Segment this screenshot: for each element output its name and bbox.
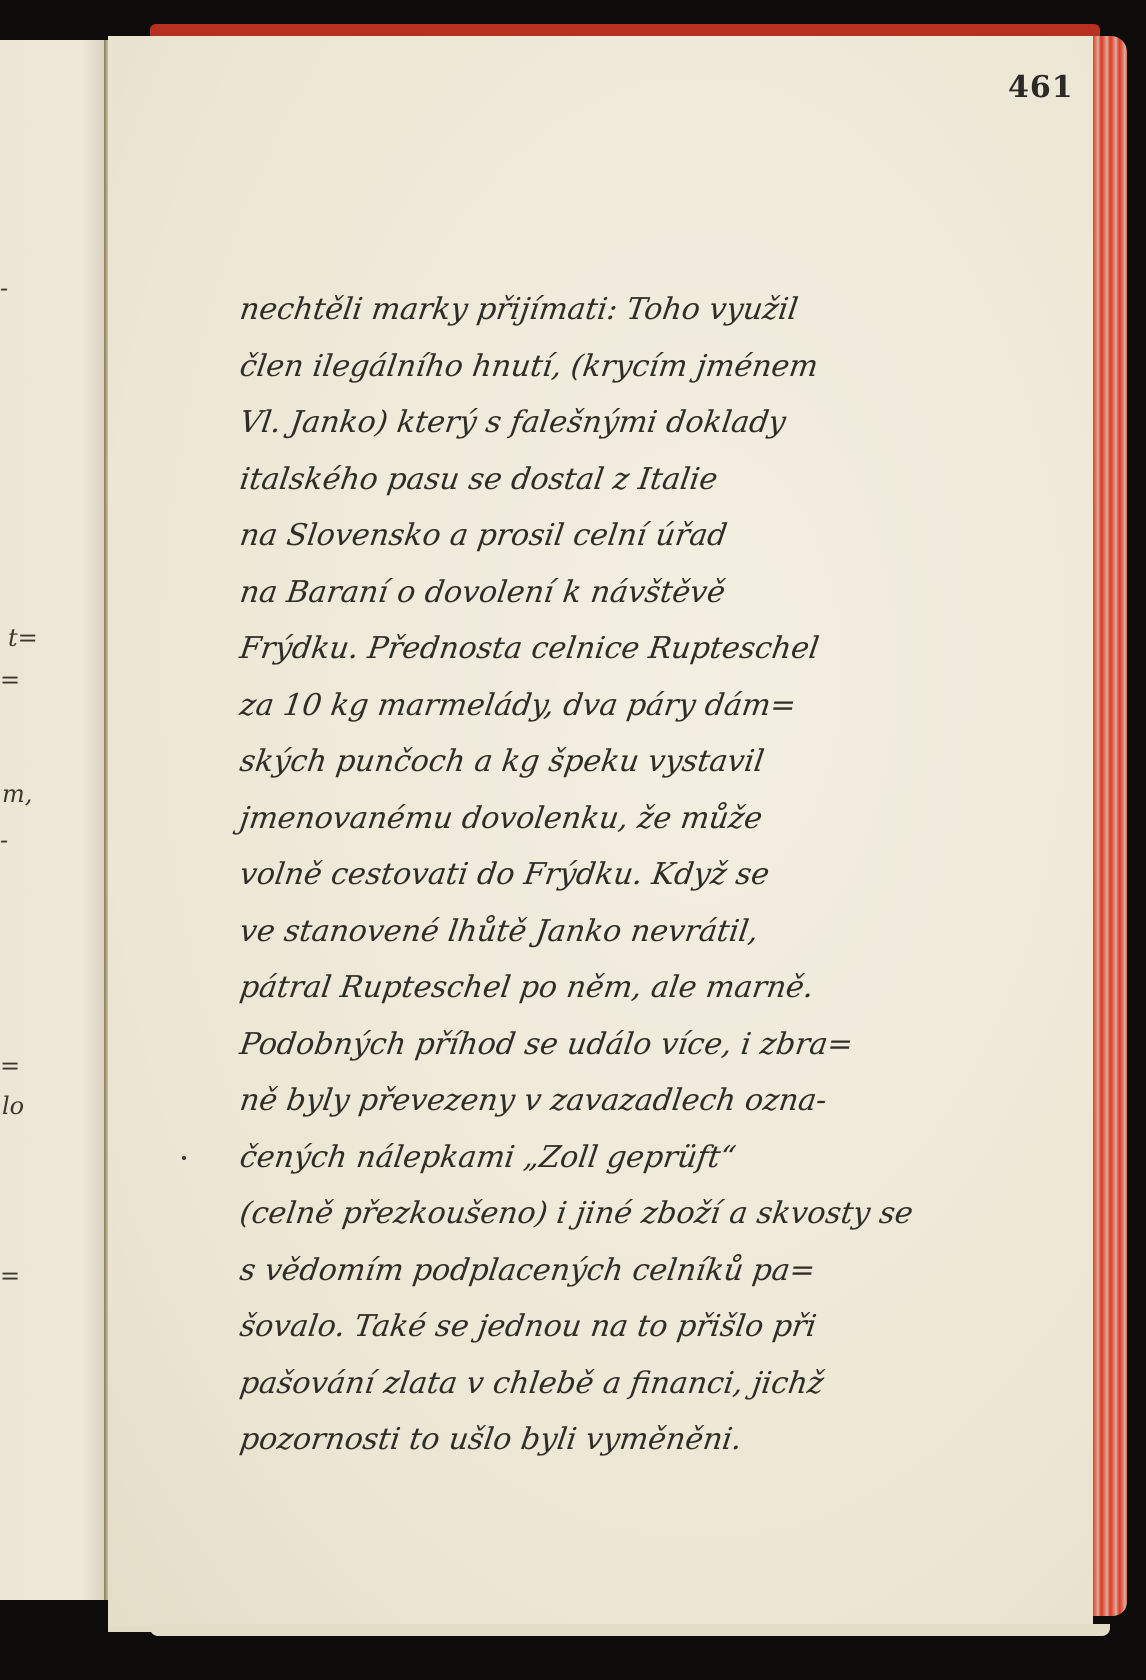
text-line: (celně přezkoušeno) i jiné zboží a skvos…: [236, 1186, 884, 1243]
text-line: pozornosti to ušlo byli vyměněni.: [236, 1412, 884, 1469]
left-page-fragment: t=: [8, 624, 38, 652]
left-page-fragment: lo: [2, 1092, 24, 1120]
text-line: volně cestovati do Frýdku. Když se: [236, 847, 884, 904]
page-bottom-edge: [150, 1624, 1110, 1636]
text-line: nechtěli marky přijímati: Toho využil: [236, 282, 884, 339]
left-page-fragment: =: [0, 1262, 20, 1290]
page-number: 461: [1008, 70, 1074, 105]
text-line: Podobných příhod se událo více, i zbra=: [236, 1017, 884, 1074]
text-line: ve stanovené lhůtě Janko nevrátil,: [236, 904, 884, 961]
text-line: pátral Rupteschel po něm, ale marně.: [236, 960, 884, 1017]
text-line: italského pasu se dostal z Italie: [236, 452, 884, 509]
text-line: na Baraní o dovolení k návštěvě: [236, 565, 884, 622]
text-line: pašování zlata v chlebě a financi, jichž: [236, 1356, 884, 1413]
text-line: Vl. Janko) který s falešnými doklady: [236, 395, 884, 452]
text-line: šovalo. Také se jednou na to přišlo při: [236, 1299, 884, 1356]
handwritten-text: nechtěli marky přijímati: Toho využil čl…: [240, 282, 880, 1469]
page-edges: [1093, 36, 1127, 1616]
left-page-fragment: -: [0, 274, 8, 302]
left-page-fragment: m,: [2, 780, 32, 808]
left-page-fragment: -: [0, 826, 8, 854]
left-page-fragment: =: [0, 1052, 20, 1080]
text-line: ně byly převezeny v zavazadlech ozna-: [236, 1073, 884, 1130]
text-line: člen ilegálního hnutí, (krycím jménem: [236, 339, 884, 396]
ink-dot: [182, 1156, 186, 1160]
text-line: s vědomím podplacených celníků pa=: [236, 1243, 884, 1300]
text-line: čených nálepkami „Zoll geprüft“: [236, 1130, 884, 1187]
text-line: Frýdku. Přednosta celnice Rupteschel: [236, 621, 884, 678]
left-page-fragment: =: [0, 666, 20, 694]
text-line: jmenovanému dovolenku, že může: [236, 791, 884, 848]
text-line: na Slovensko a prosil celní úřad: [236, 508, 884, 565]
text-line: ských punčoch a kg špeku vystavil: [236, 734, 884, 791]
left-page: - t= = m, - = lo =: [0, 40, 108, 1600]
text-line: za 10 kg marmelády, dva páry dám=: [236, 678, 884, 735]
